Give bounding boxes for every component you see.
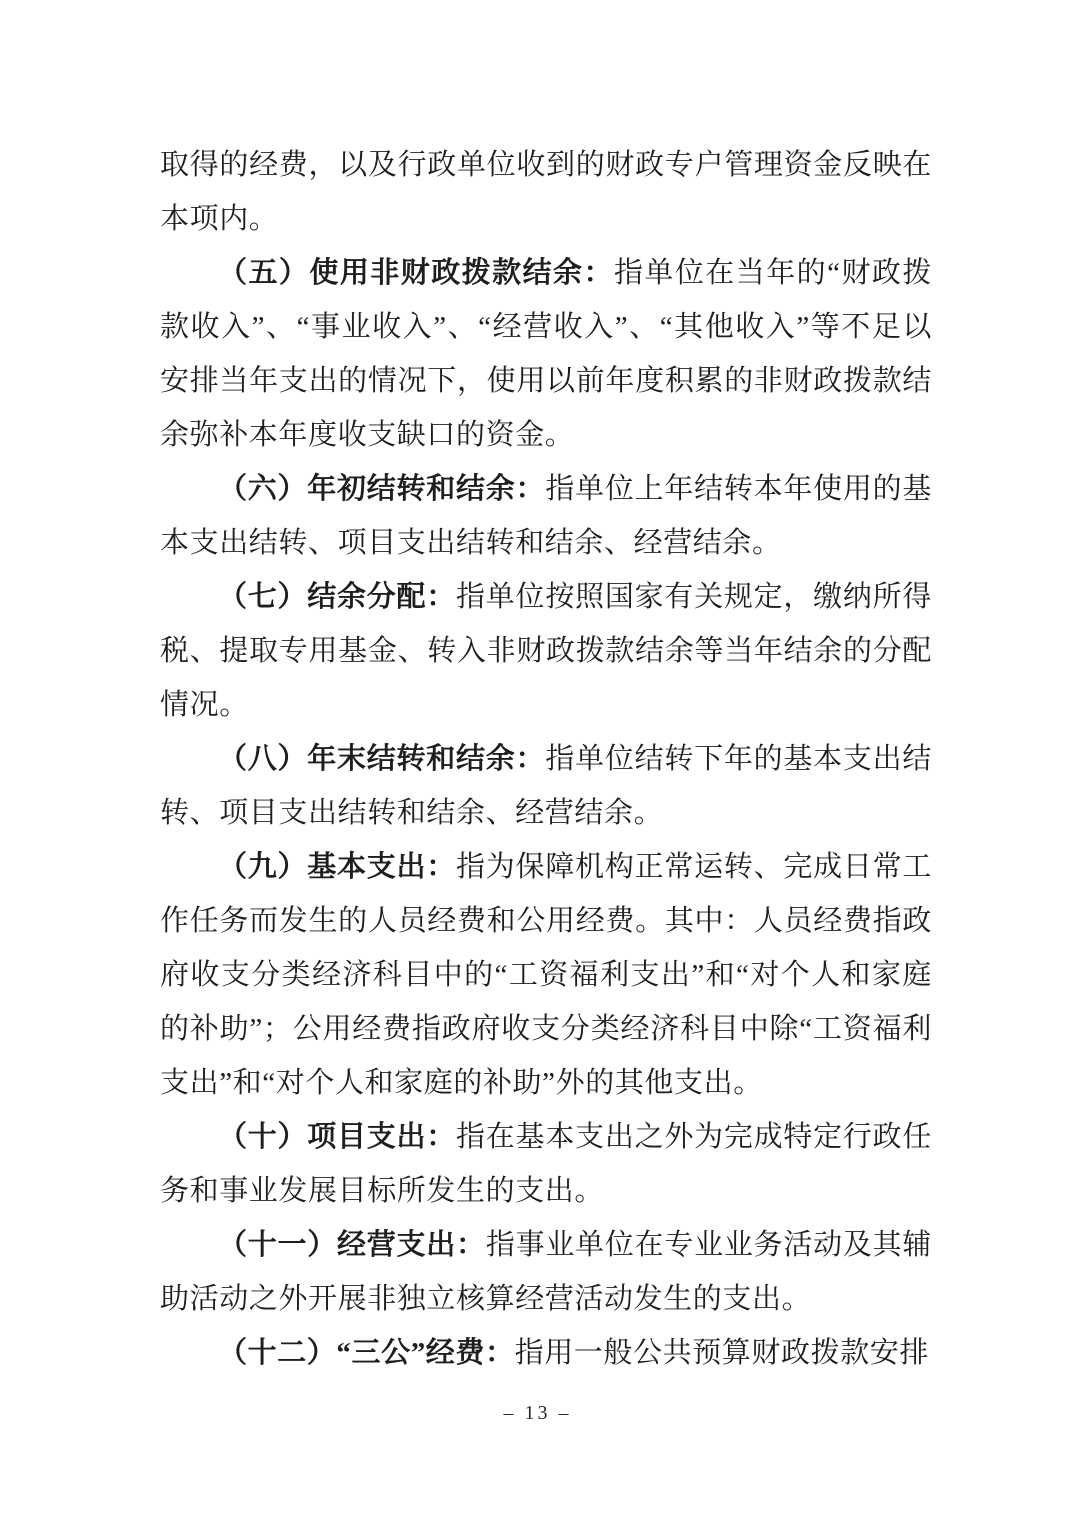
page-number: – 13 – <box>0 1402 1075 1425</box>
paragraph-heading: （八）年末结转和结余： <box>218 743 545 775</box>
paragraph-heading: （六）年初结转和结余： <box>218 473 545 505</box>
paragraph: （六）年初结转和结余：指单位上年结转本年使用的基本支出结转、项目支出结转和结余、… <box>160 462 932 570</box>
paragraph: （十二）“三公”经费：指用一般公共预算财政拨款安排 <box>160 1326 932 1380</box>
paragraph-text: 取得的经费，以及行政单位收到的财政专户管理资金反映在本项内。 <box>160 149 932 235</box>
paragraph: （五）使用非财政拨款结余：指单位在当年的“财政拨款收入”、“事业收入”、“经营收… <box>160 246 932 462</box>
paragraph-heading: （十二）“三公”经费： <box>218 1337 515 1369</box>
paragraph: 取得的经费，以及行政单位收到的财政专户管理资金反映在本项内。 <box>160 138 932 246</box>
paragraph-text: 指用一般公共预算财政拨款安排 <box>515 1337 929 1369</box>
paragraph-heading: （九）基本支出： <box>218 851 456 883</box>
paragraph: （七）结余分配：指单位按照国家有关规定，缴纳所得税、提取专用基金、转入非财政拨款… <box>160 570 932 732</box>
page-content: 取得的经费，以及行政单位收到的财政专户管理资金反映在本项内。 （五）使用非财政拨… <box>160 138 932 1380</box>
document-page: 取得的经费，以及行政单位收到的财政专户管理资金反映在本项内。 （五）使用非财政拨… <box>0 0 1075 1520</box>
paragraph-heading: （五）使用非财政拨款结余： <box>218 257 614 289</box>
paragraph-text: 指为保障机构正常运转、完成日常工作任务而发生的人员经费和公用经费。其中：人员经费… <box>160 851 932 1099</box>
paragraph: （九）基本支出：指为保障机构正常运转、完成日常工作任务而发生的人员经费和公用经费… <box>160 840 932 1110</box>
paragraph: （十）项目支出：指在基本支出之外为完成特定行政任务和事业发展目标所发生的支出。 <box>160 1110 932 1218</box>
paragraph: （八）年末结转和结余：指单位结转下年的基本支出结转、项目支出结转和结余、经营结余… <box>160 732 932 840</box>
paragraph-heading: （七）结余分配： <box>218 581 456 613</box>
paragraph-heading: （十）项目支出： <box>218 1121 456 1153</box>
paragraph: （十一）经营支出：指事业单位在专业业务活动及其辅助活动之外开展非独立核算经营活动… <box>160 1218 932 1326</box>
paragraph-heading: （十一）经营支出： <box>218 1229 486 1261</box>
